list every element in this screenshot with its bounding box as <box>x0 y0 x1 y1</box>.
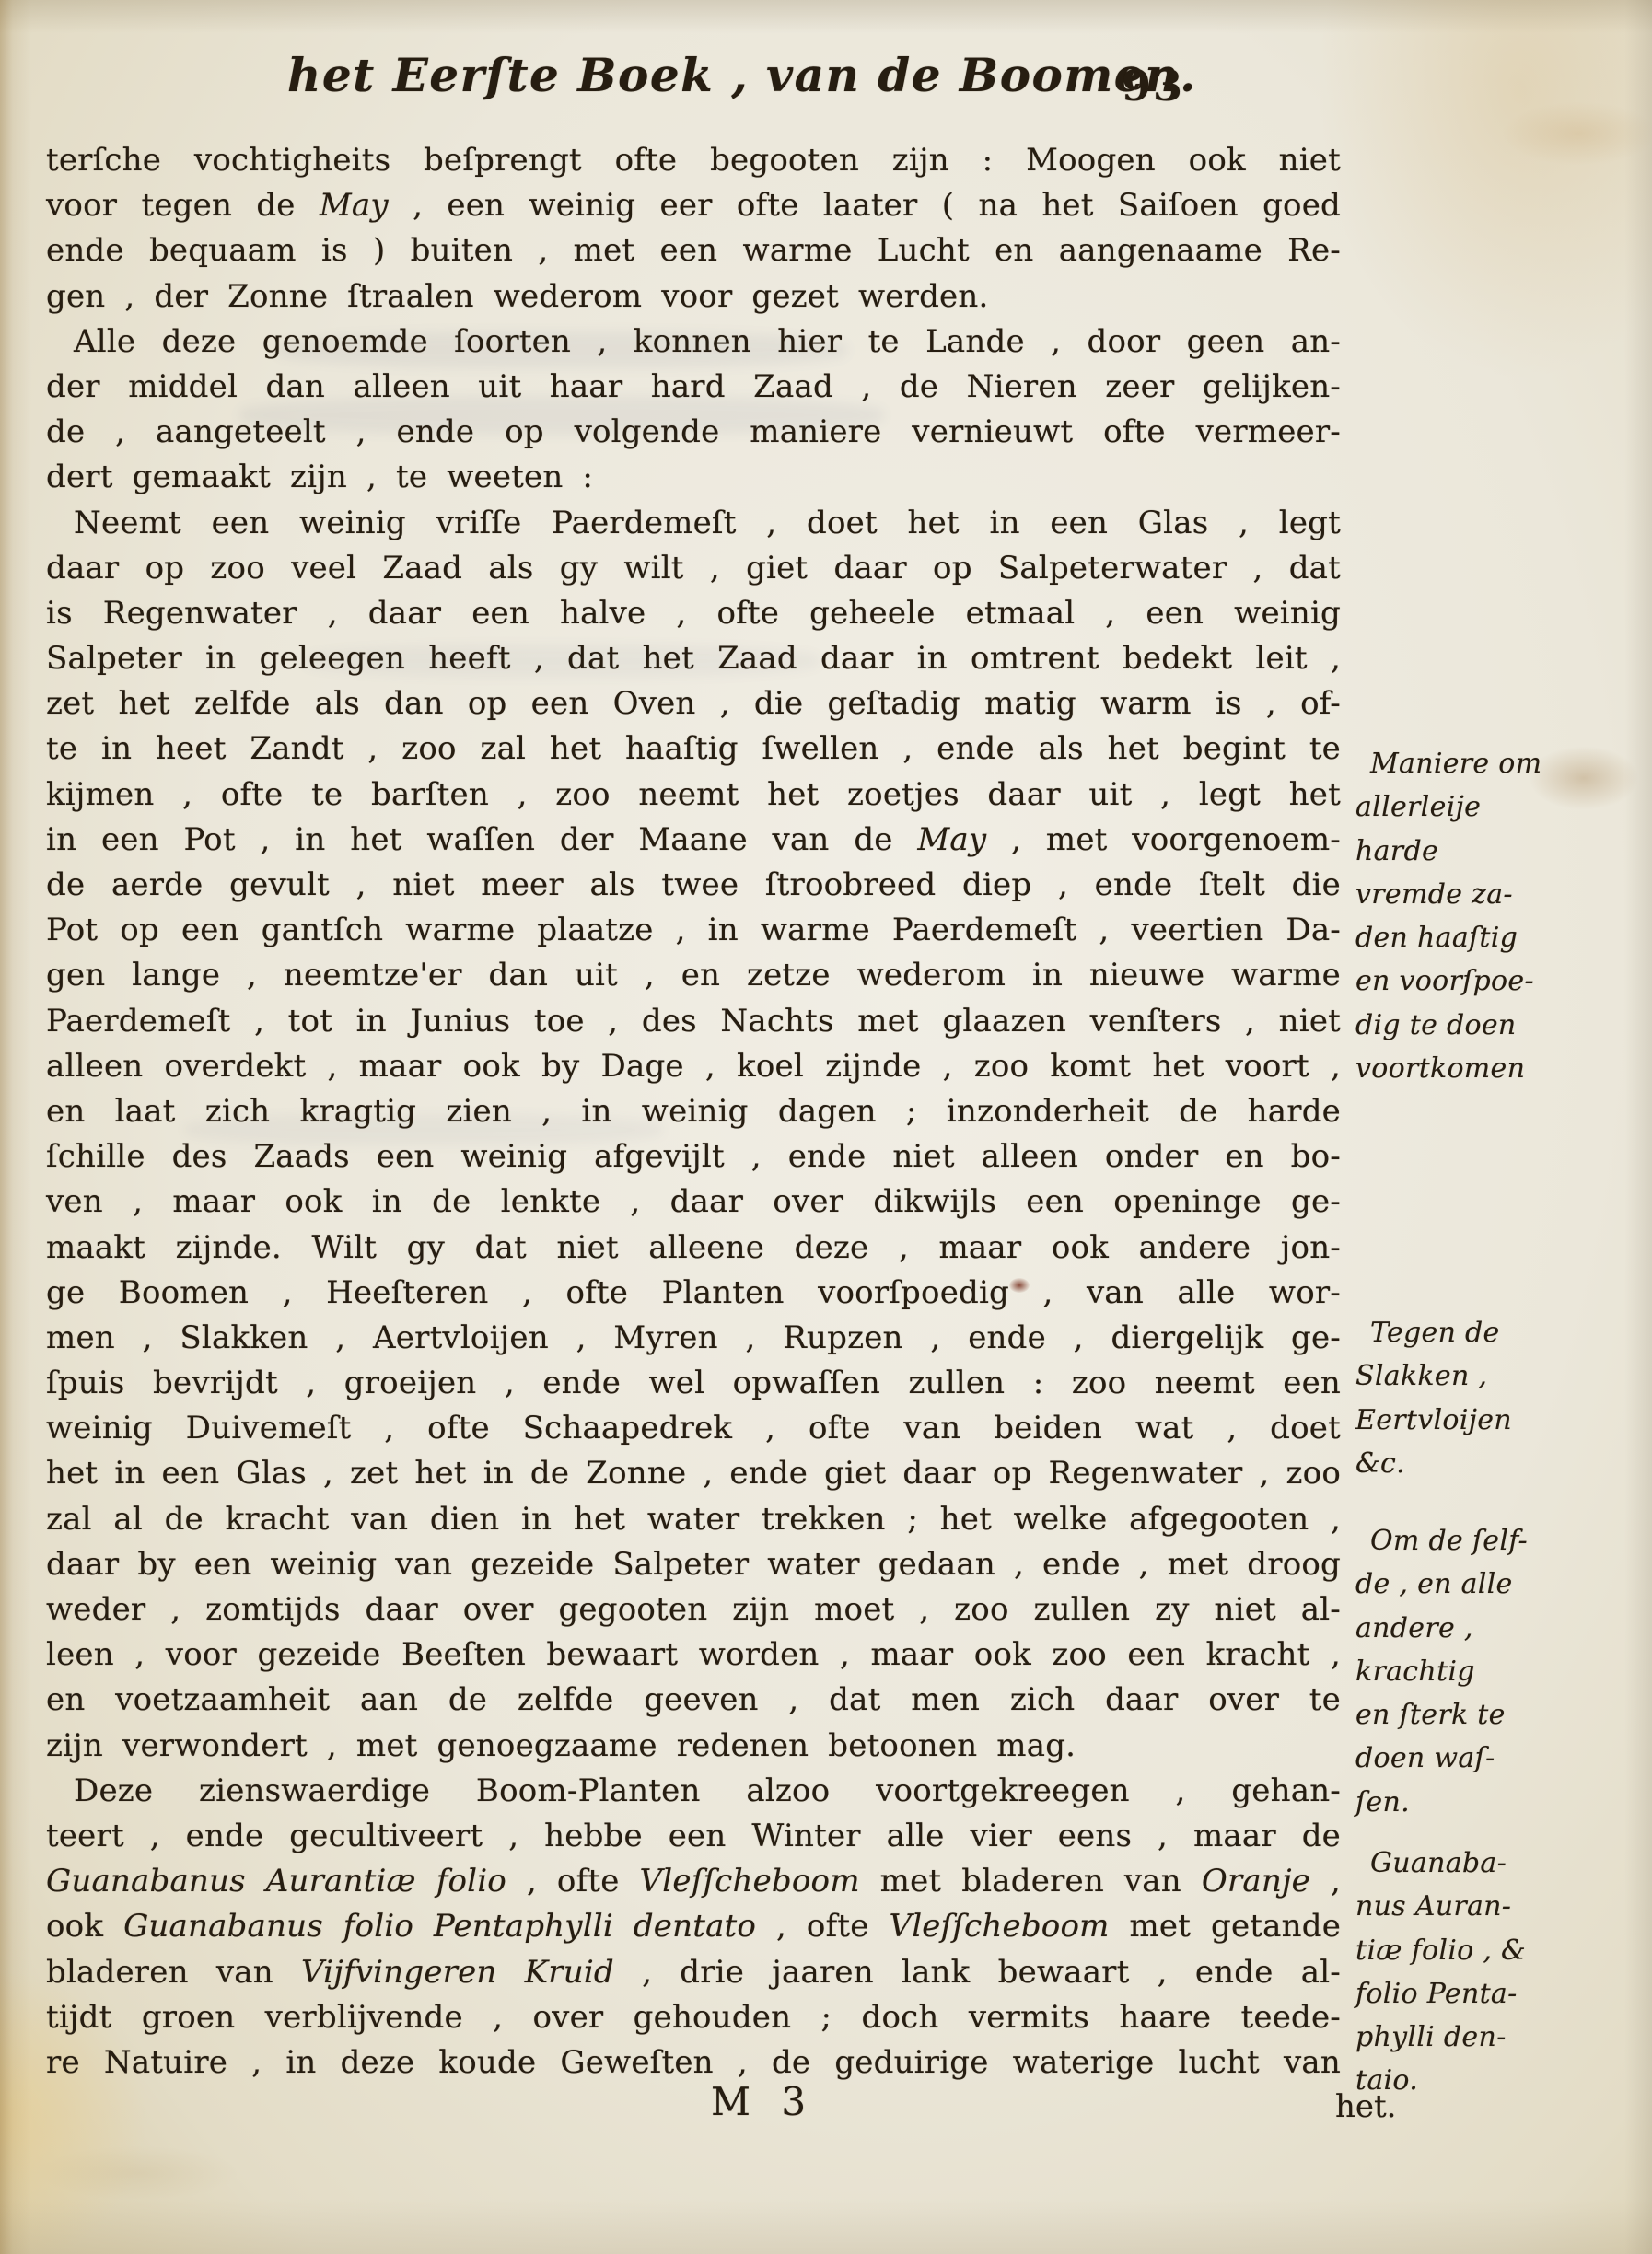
text-line: gen lange , neemtze'er dan uit , en zetz… <box>46 953 1341 998</box>
text-line: ſchille des Zaads een weinig afgevijlt ,… <box>46 1134 1341 1179</box>
body-text: terſche vochtigheits beſprengt ofte bego… <box>46 138 1341 2086</box>
margin-note-line: de , en alle <box>1355 1563 1646 1606</box>
text-line: re Natuire , in deze koude Geweſten , de… <box>46 2040 1341 2086</box>
margin-note-line: nus Auran- <box>1355 1885 1646 1928</box>
margin-note-line: Slakken , <box>1355 1354 1646 1398</box>
text-line: Paerdemeſt , tot in Junius toe , des Nac… <box>46 999 1341 1044</box>
margin-note-line: Maniere om <box>1370 742 1646 785</box>
catchword: het. <box>1335 2088 1397 2125</box>
text-line: leen , voor gezeide Beeſten bewaart word… <box>46 1632 1341 1678</box>
text-line: zijn verwondert , met genoegzaame redene… <box>46 1724 1341 1769</box>
text-line: maakt zijnde. Wilt gy dat niet alleene d… <box>46 1226 1341 1271</box>
margin-note-line: voortkomen <box>1355 1047 1646 1090</box>
text-line: Alle deze genoemde ſoorten , konnen hier… <box>46 320 1341 365</box>
text-line: voor tegen de May , een weinig eer ofte … <box>46 183 1341 228</box>
margin-note-line: tiæ folio , & <box>1355 1929 1646 1972</box>
text-line: Pot op een gantſch warme plaatze , in wa… <box>46 908 1341 953</box>
text-line: alleen overdekt , maar ook by Dage , koe… <box>46 1044 1341 1089</box>
text-line: Neemt een weinig vriſſe Paerdemeſt , doe… <box>46 501 1341 546</box>
text-line: der middel dan alleen uit haar hard Zaad… <box>46 365 1341 410</box>
margin-note: Maniere omallerleijehardevremde za-den h… <box>1355 742 1646 1090</box>
margin-note-line: allerleije <box>1355 785 1646 829</box>
text-line: en voetzaamheit aan de zelfde geeven , d… <box>46 1678 1341 1723</box>
stain <box>1501 101 1652 166</box>
text-line: ook Guanabanus folio Pentaphylli dentato… <box>46 1904 1341 1949</box>
margin-note: Om de ſelf-de , en alleandere ,krachtige… <box>1355 1519 1646 1824</box>
text-line: kijmen , ofte te barſten , zoo neemt het… <box>46 773 1341 818</box>
text-line: teert , ende gecultiveert , hebbe een Wi… <box>46 1814 1341 1859</box>
text-line: gen , der Zonne ſtraalen wederom voor ge… <box>46 274 1341 320</box>
margin-note-line: dig te doen <box>1355 1004 1646 1047</box>
text-line: is Regenwater , daar een halve , ofte ge… <box>46 591 1341 636</box>
text-line: de , aangeteelt , ende op volgende manie… <box>46 410 1341 455</box>
margin-note-line: folio Penta- <box>1355 1972 1646 2016</box>
margin-note: Guanaba-nus Auran-tiæ folio , &folio Pen… <box>1355 1842 1646 2103</box>
text-line: Deze zienswaerdige Boom-Planten alzoo vo… <box>46 1769 1341 1814</box>
margin-note-line: taio. <box>1355 2059 1646 2102</box>
text-line: de aerde gevult , niet meer als twee ſtr… <box>46 863 1341 908</box>
text-line: het in een Glas , zet het in de Zonne , … <box>46 1451 1341 1496</box>
signature-mark: M 3 <box>711 2079 815 2124</box>
text-line: daar op zoo veel Zaad als gy wilt , giet… <box>46 546 1341 591</box>
text-line: Guanabanus Aurantiæ folio , ofte Vleſſch… <box>46 1859 1341 1904</box>
margin-note-line: den haaſtig <box>1355 916 1646 959</box>
margin-note-line: Guanaba- <box>1370 1842 1646 1885</box>
margin-note-line: harde <box>1355 830 1646 873</box>
text-line: te in heet Zandt , zoo zal het haaſtig ſ… <box>46 726 1341 772</box>
running-header: het Eerſte Boek , van de Boomen. <box>287 48 960 102</box>
margin-note-line: vremde za- <box>1355 873 1646 916</box>
margin-note-line: krachtig <box>1355 1650 1646 1693</box>
text-line: men , Slakken , Aertvloijen , Myren , Ru… <box>46 1316 1341 1361</box>
margin-note-line: en voorſpoe- <box>1355 959 1646 1003</box>
margin-note-line: doen waſ- <box>1355 1737 1646 1780</box>
margin-note-line: Eertvloijen <box>1355 1399 1646 1442</box>
book-page: het Eerſte Boek , van de Boomen. 93 terſ… <box>0 0 1652 2254</box>
margin-note-line: andere , <box>1355 1607 1646 1650</box>
margin-note-line: &c. <box>1355 1442 1646 1485</box>
text-line: terſche vochtigheits beſprengt ofte bego… <box>46 138 1341 183</box>
text-line: Salpeter in geleegen heeft , dat het Zaa… <box>46 636 1341 681</box>
margin-note-line: en ſterk te <box>1355 1693 1646 1737</box>
margin-note: Tegen deSlakken ,Eertvloijen&c. <box>1355 1311 1646 1485</box>
text-line: weinig Duivemeſt , ofte Schaapedrek , of… <box>46 1406 1341 1451</box>
text-line: zet het zelfde als dan op een Oven , die… <box>46 681 1341 726</box>
text-line: ſpuis bevrijdt , groeijen , ende wel opw… <box>46 1361 1341 1406</box>
text-line: tijdt groen verblijvende , over gehouden… <box>46 1995 1341 2040</box>
text-line: in een Pot , in het waſſen der Maane van… <box>46 818 1341 863</box>
stain <box>37 2145 239 2201</box>
text-line: dert gemaakt zijn , te weeten : <box>46 455 1341 500</box>
margin-note-line: Om de ſelf- <box>1370 1519 1646 1563</box>
text-line: weder , zomtijds daar over gegooten zijn… <box>46 1587 1341 1632</box>
stain <box>1529 746 1639 810</box>
page-number: 93 <box>1122 61 1184 110</box>
text-line: zal al de kracht van dien in het water t… <box>46 1497 1341 1542</box>
text-line: ende bequaam is ) buiten , met een warme… <box>46 228 1341 273</box>
text-line: ge Boomen , Heeſteren , ofte Planten voo… <box>46 1271 1341 1316</box>
text-line: ven , maar ook in de lenkte , daar over … <box>46 1179 1341 1225</box>
margin-note-line: Tegen de <box>1370 1311 1646 1354</box>
margin-note-line: ſen. <box>1355 1781 1646 1824</box>
text-line: daar by een weinig van gezeide Salpeter … <box>46 1542 1341 1587</box>
text-line: bladeren van Vijfvingeren Kruid , drie j… <box>46 1950 1341 1995</box>
margin-note-line: phylli den- <box>1355 2016 1646 2059</box>
text-line: en laat zich kragtig zien , in weinig da… <box>46 1089 1341 1134</box>
